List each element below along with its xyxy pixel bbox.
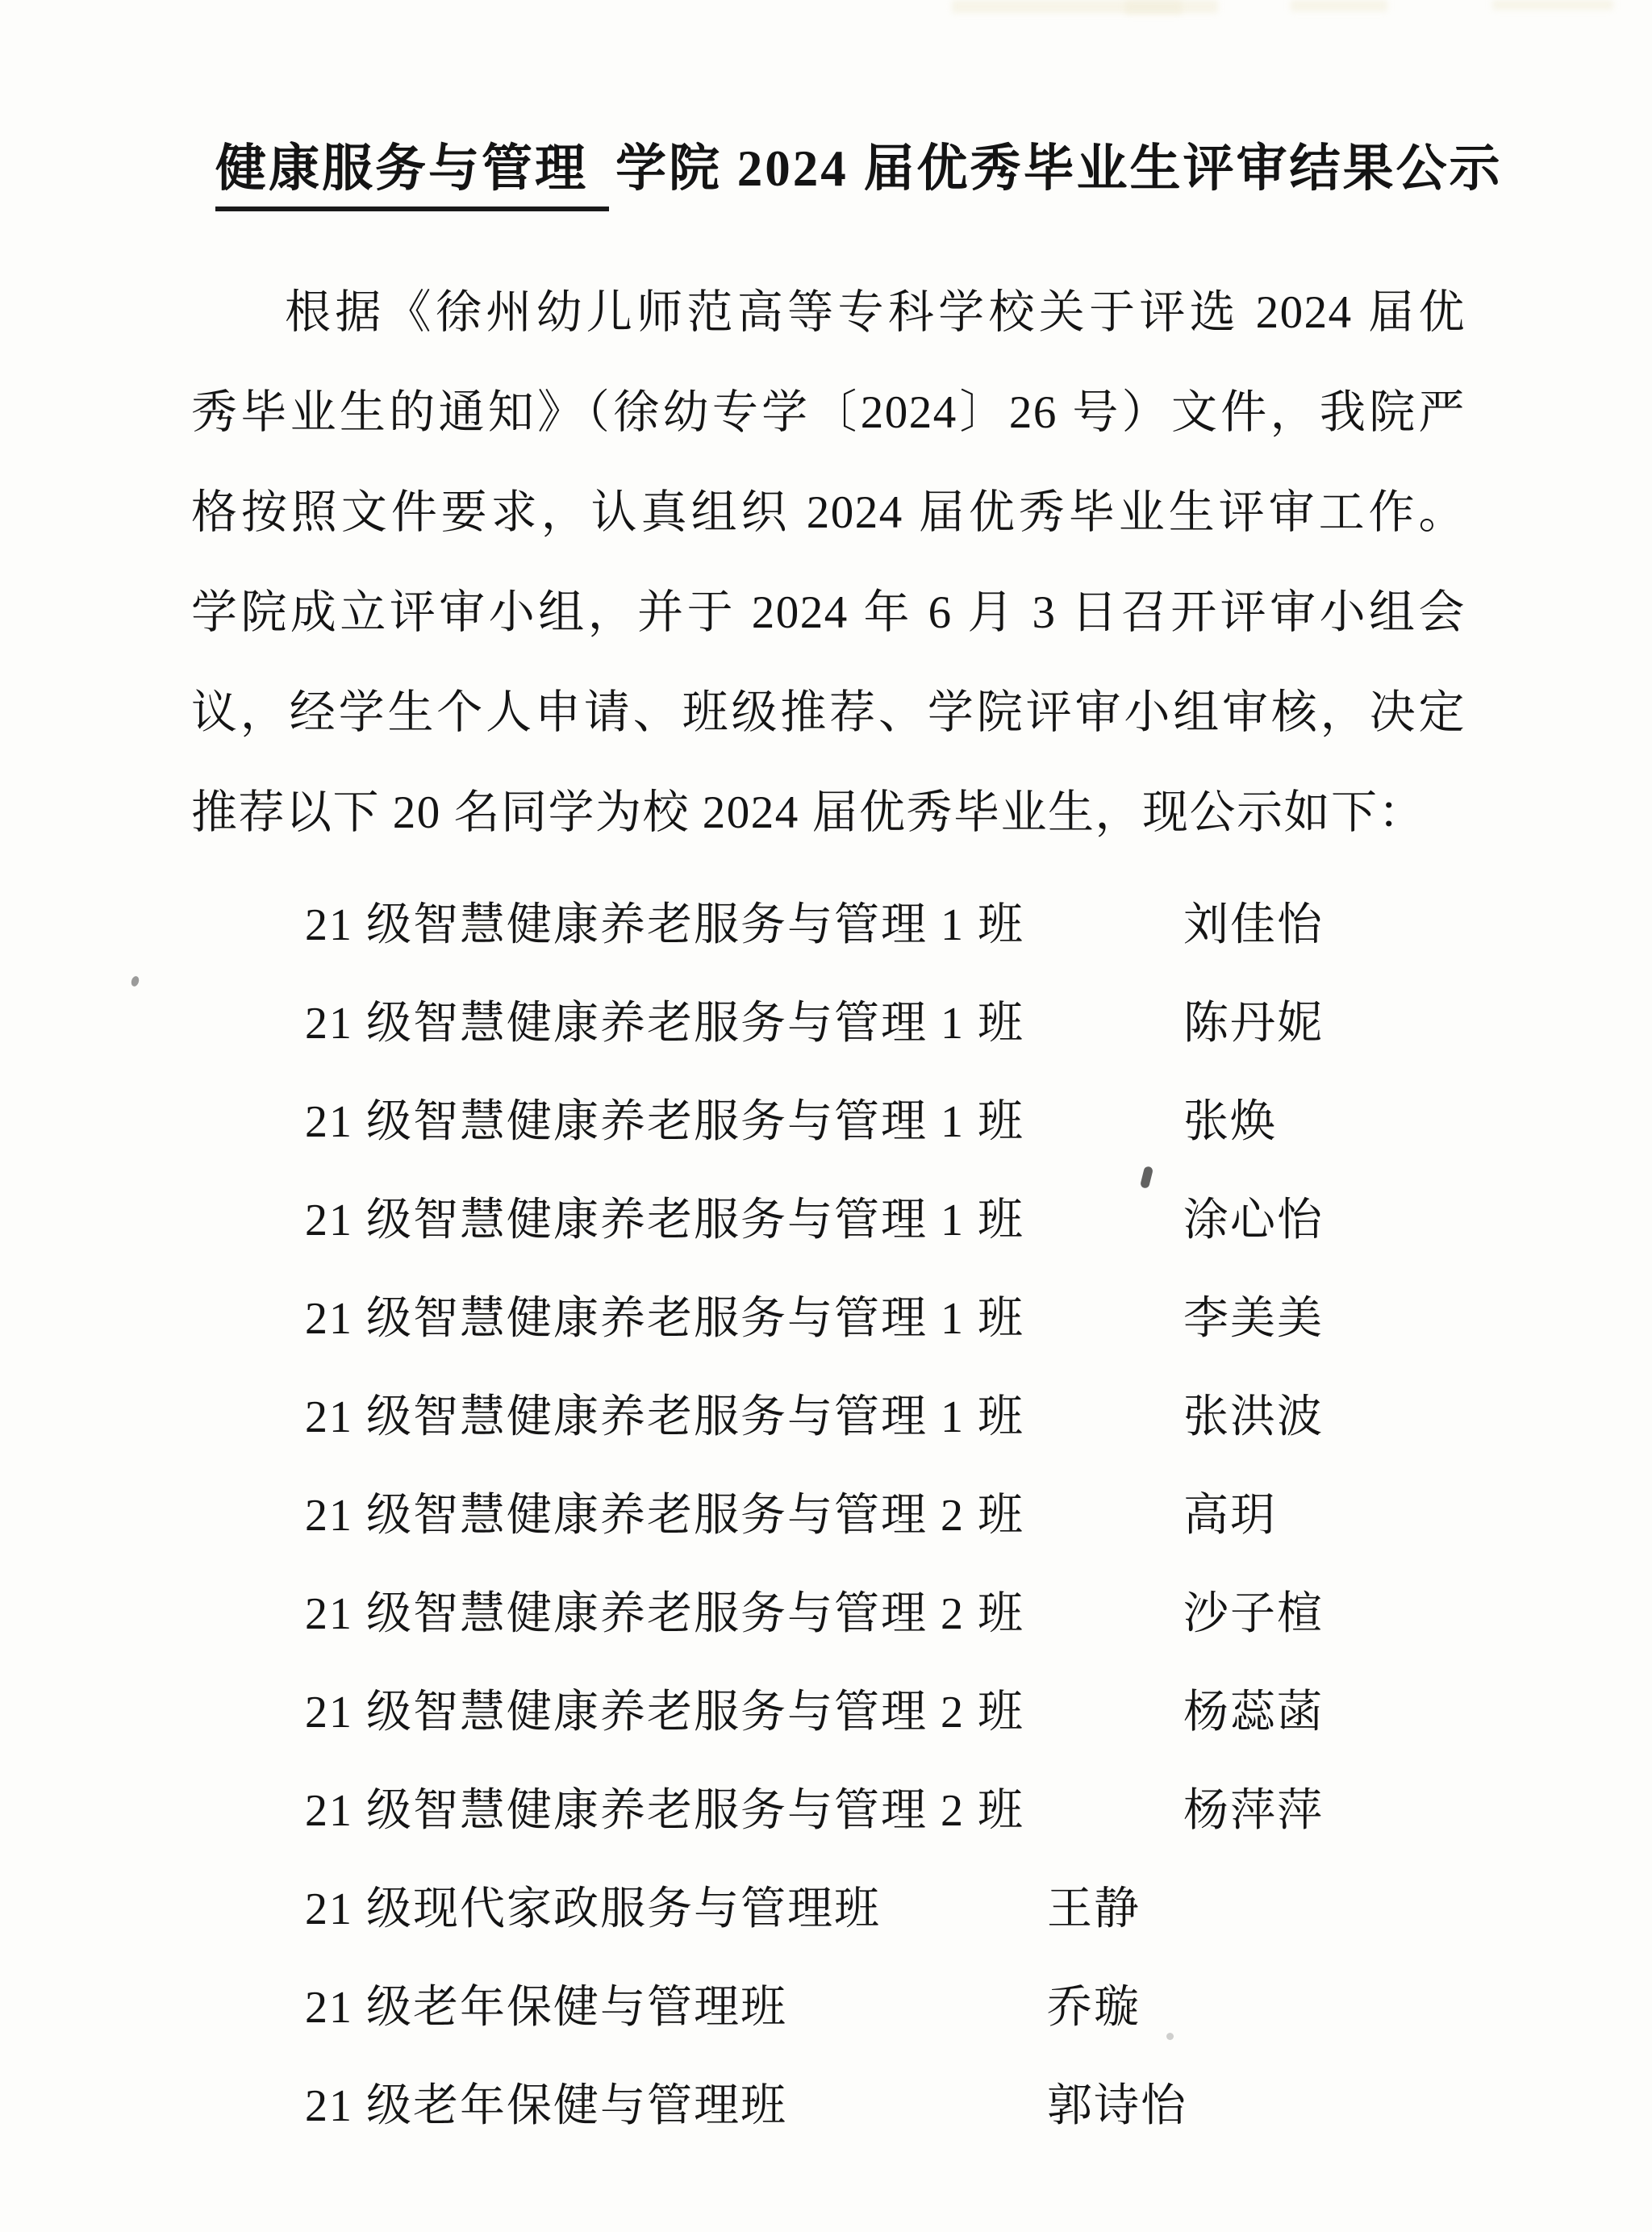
student-class: 21 级智慧健康养老服务与管理 1 班 [305, 1195, 1024, 1245]
student-row: 21 级老年保健与管理班乔璇 [305, 1959, 1563, 2057]
paragraph-line: 学院成立评审小组，并于 2024 年 6 月 3 日召开评审小组会 [191, 563, 1466, 663]
scan-speck [130, 975, 140, 987]
scan-smudge [1492, 0, 1613, 10]
student-name: 涂心怡 [1183, 1171, 1324, 1270]
title-department-underlined: 健康服务与管理 [215, 140, 609, 211]
paragraph-line: 根据《徐州幼儿师范高等专科学校关于评选 2024 届优 [191, 263, 1466, 363]
paragraph-line: 议，经学生个人申请、班级推荐、学院评审小组审核，决定 [191, 663, 1466, 763]
scan-speck [1166, 2033, 1174, 2040]
student-class: 21 级智慧健康养老服务与管理 1 班 [305, 1097, 1024, 1147]
student-row: 21 级智慧健康养老服务与管理 2 班高玥 [305, 1466, 1563, 1565]
paragraph-line: 秀毕业生的通知》（徐幼专学〔2024〕26 号）文件，我院严 [191, 363, 1466, 463]
student-class: 21 级老年保健与管理班 [305, 2081, 787, 2131]
student-name: 高玥 [1183, 1466, 1277, 1565]
student-row: 21 级现代家政服务与管理班王静 [305, 1860, 1563, 1959]
student-name: 杨萍萍 [1183, 1762, 1324, 1860]
student-row: 21 级智慧健康养老服务与管理 1 班张焕 [305, 1073, 1563, 1171]
student-row: 21 级智慧健康养老服务与管理 2 班杨萍萍 [305, 1762, 1563, 1860]
student-class: 21 级智慧健康养老服务与管理 2 班 [305, 1491, 1024, 1541]
student-class: 21 级智慧健康养老服务与管理 2 班 [305, 1589, 1024, 1639]
paragraph-line: 推荐以下 20 名同学为校 2024 届优秀毕业生，现公示如下： [191, 763, 1466, 863]
student-class: 21 级智慧健康养老服务与管理 2 班 [305, 1786, 1024, 1836]
scan-smudge [1291, 0, 1387, 11]
student-name: 郭诗怡 [1047, 2057, 1187, 2155]
student-name: 杨蕊菡 [1183, 1663, 1324, 1762]
student-class: 21 级智慧健康养老服务与管理 1 班 [305, 1294, 1024, 1344]
student-class: 21 级老年保健与管理班 [305, 1983, 787, 2033]
scan-smudge [1125, 0, 1182, 15]
document-title: 健康服务与管理学院 2024 届优秀毕业生评审结果公示 [191, 127, 1464, 201]
announcement-paragraph: 根据《徐州幼儿师范高等专科学校关于评选 2024 届优 秀毕业生的通知》（徐幼专… [191, 263, 1466, 863]
student-row: 21 级智慧健康养老服务与管理 1 班李美美 [305, 1270, 1563, 1368]
student-row: 21 级智慧健康养老服务与管理 1 班张洪波 [305, 1368, 1563, 1466]
student-row: 21 级智慧健康养老服务与管理 2 班沙子楦 [305, 1565, 1563, 1663]
student-name: 乔璇 [1047, 1959, 1141, 2057]
student-row: 21 级智慧健康养老服务与管理 1 班陈丹妮 [305, 974, 1563, 1073]
student-class: 21 级智慧健康养老服务与管理 1 班 [305, 1392, 1024, 1442]
student-row: 21 级智慧健康养老服务与管理 1 班涂心怡 [305, 1171, 1563, 1270]
document-page: 健康服务与管理学院 2024 届优秀毕业生评审结果公示 根据《徐州幼儿师范高等专… [0, 0, 1652, 2232]
student-name: 刘佳怡 [1183, 876, 1324, 974]
student-name: 王静 [1047, 1860, 1141, 1959]
student-name: 张洪波 [1183, 1368, 1324, 1466]
title-rest: 学院 2024 届优秀毕业生评审结果公示 [615, 140, 1503, 197]
paragraph-line: 格按照文件要求，认真组织 2024 届优秀毕业生评审工作。 [191, 463, 1466, 563]
student-name: 陈丹妮 [1183, 974, 1324, 1073]
student-class: 21 级智慧健康养老服务与管理 2 班 [305, 1688, 1024, 1738]
student-class: 21 级智慧健康养老服务与管理 1 班 [305, 900, 1024, 950]
student-name: 沙子楦 [1183, 1565, 1324, 1663]
student-row: 21 级智慧健康养老服务与管理 1 班刘佳怡 [305, 876, 1563, 974]
student-row: 21 级老年保健与管理班郭诗怡 [305, 2057, 1563, 2155]
student-class: 21 级智慧健康养老服务与管理 1 班 [305, 999, 1024, 1049]
student-list: 21 级智慧健康养老服务与管理 1 班刘佳怡 21 级智慧健康养老服务与管理 1… [305, 876, 1563, 2155]
student-row: 21 级智慧健康养老服务与管理 2 班杨蕊菡 [305, 1663, 1563, 1762]
student-class: 21 级现代家政服务与管理班 [305, 1884, 881, 1934]
student-name: 张焕 [1183, 1073, 1277, 1171]
student-name: 李美美 [1183, 1270, 1324, 1368]
